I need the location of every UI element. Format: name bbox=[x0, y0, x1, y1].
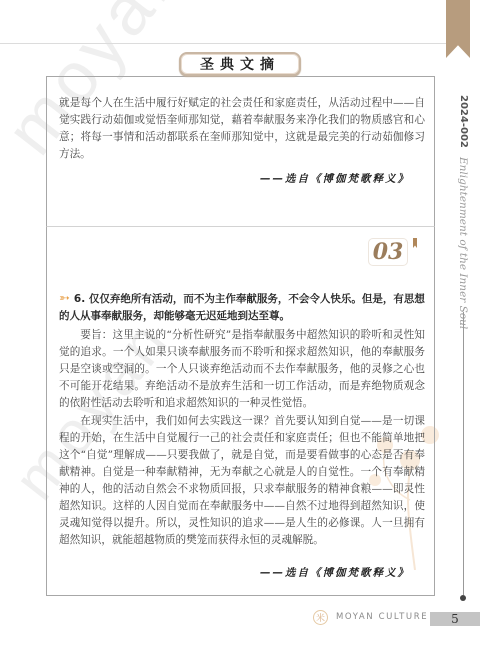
verse-heading-text: 6. 仅仅弃绝所有活动，而不为主作奉献服务，不会令人快乐。但是，有思想的人从事奉… bbox=[59, 293, 425, 322]
top-source-citation: ——选自《博伽梵歌释义》 bbox=[260, 171, 410, 186]
moyan-logo-icon: 米 bbox=[313, 610, 328, 625]
bookmark-ribbon-icon bbox=[446, 0, 470, 58]
side-rule-dot bbox=[460, 595, 466, 601]
page-number: 5 bbox=[430, 612, 480, 626]
footer-brand: MOYAN CULTURE bbox=[336, 612, 428, 622]
side-vertical-rule bbox=[463, 312, 464, 595]
verse-heading: ➳6. 仅仅弃绝所有活动，而不为主作奉献服务，不会令人快乐。但是，有思想的人从事… bbox=[59, 290, 427, 325]
side-running-title: 2024-002 Enlightenment of the Inner Soul bbox=[457, 95, 469, 329]
issue-number: 2024-002 bbox=[458, 95, 469, 148]
section-title: 圣典文摘 bbox=[179, 52, 301, 76]
excerpt-box-top bbox=[46, 76, 435, 226]
bottom-source-citation: ——选自《博伽梵歌释义》 bbox=[260, 565, 410, 580]
publication-title: Enlightenment of the Inner Soul bbox=[457, 157, 469, 329]
fleur-arrow-icon: ➳ bbox=[59, 291, 70, 306]
section-number-badge: 03 bbox=[368, 238, 408, 266]
header-rule bbox=[0, 43, 448, 44]
commentary-paragraph-2: 在现实生活中，我们如何去实践这一课？首先要认知到自觉——是一切课程的开始，在生活… bbox=[59, 413, 425, 549]
commentary-paragraph-1: 要旨：这里主说的“分析性研究”是指奉献服务中超然知识的聆听和灵性知觉的追求。一个… bbox=[59, 327, 425, 412]
